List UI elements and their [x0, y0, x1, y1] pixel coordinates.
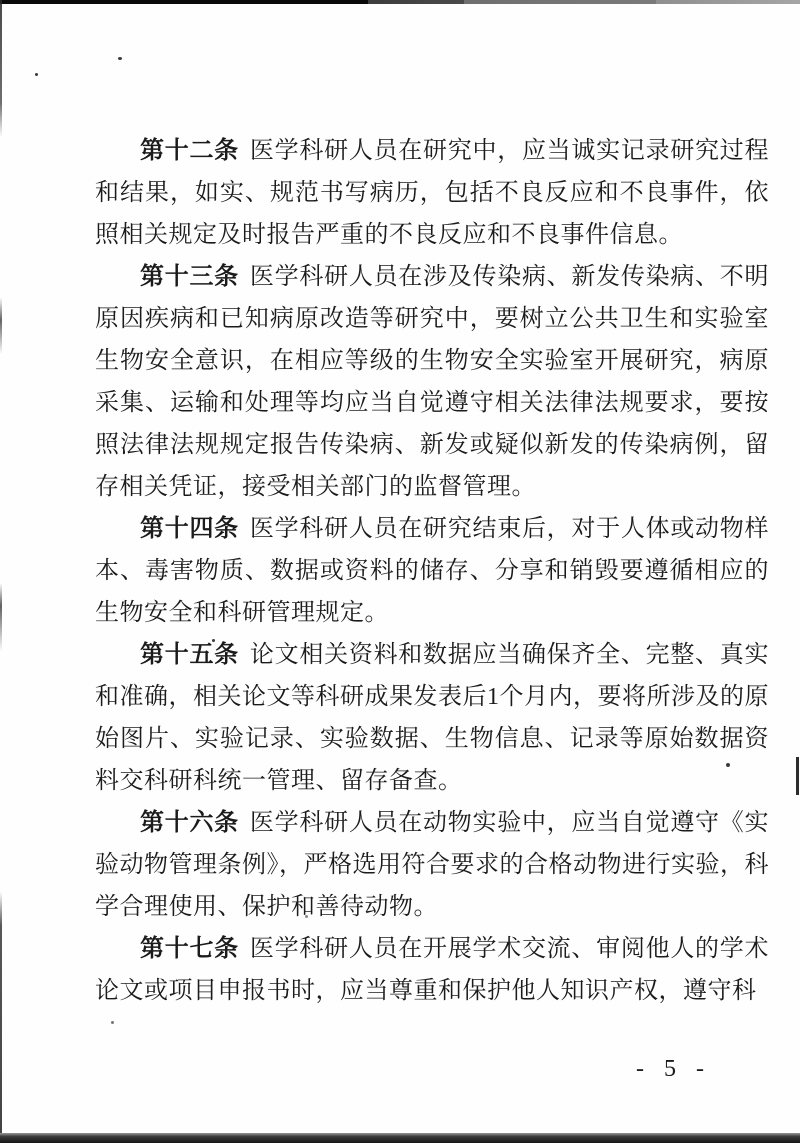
article-12-paragraph: 第十二条医学科研人员在研究中，应当诚实记录研究过程和结果，如实、规范书写病历，包…	[95, 130, 769, 256]
article-15-paragraph: 第十五条论文相关资料和数据应当确保齐全、完整、真实和准确，相关论文等科研成果发表…	[95, 634, 769, 802]
article-14-paragraph: 第十四条医学科研人员在研究结束后，对于人体或动物样本、毒害物质、数据或资料的储存…	[95, 508, 769, 634]
document-body: 第十二条医学科研人员在研究中，应当诚实记录研究过程和结果，如实、规范书写病历，包…	[95, 130, 769, 1012]
article-13-number: 第十三条	[140, 264, 239, 290]
article-13-text: 医学科研人员在涉及传染病、新发传染病、不明原因疾病和已知病原改造等研究中，要树立…	[95, 264, 769, 500]
article-16-paragraph: 第十六条医学科研人员在动物实验中，应当自觉遵守《实验动物管理条例》，严格选用符合…	[95, 802, 769, 928]
scan-speck	[118, 57, 122, 60]
scan-speck	[111, 1021, 114, 1024]
article-17-paragraph: 第十七条医学科研人员在开展学术交流、审阅他人的学术论文或项目申报书时，应当尊重和…	[95, 928, 769, 1012]
article-13-paragraph: 第十三条医学科研人员在涉及传染病、新发传染病、不明原因疾病和已知病原改造等研究中…	[95, 256, 769, 508]
scan-artifact-left-edge	[0, 0, 2, 1143]
article-15-number: 第十五条	[140, 642, 239, 668]
article-17-number: 第十七条	[140, 936, 239, 962]
article-14-number: 第十四条	[140, 516, 239, 542]
scan-artifact-top-edge	[0, 0, 800, 4]
page-number: - 5 -	[636, 1056, 711, 1083]
scan-speck	[35, 73, 38, 76]
article-16-number: 第十六条	[140, 810, 239, 836]
scan-artifact-bottom-edge	[0, 1133, 800, 1143]
scanned-document-page: 第十二条医学科研人员在研究中，应当诚实记录研究过程和结果，如实、规范书写病历，包…	[0, 0, 800, 1143]
article-12-number: 第十二条	[140, 138, 239, 164]
scan-artifact-right-mark	[796, 757, 799, 795]
